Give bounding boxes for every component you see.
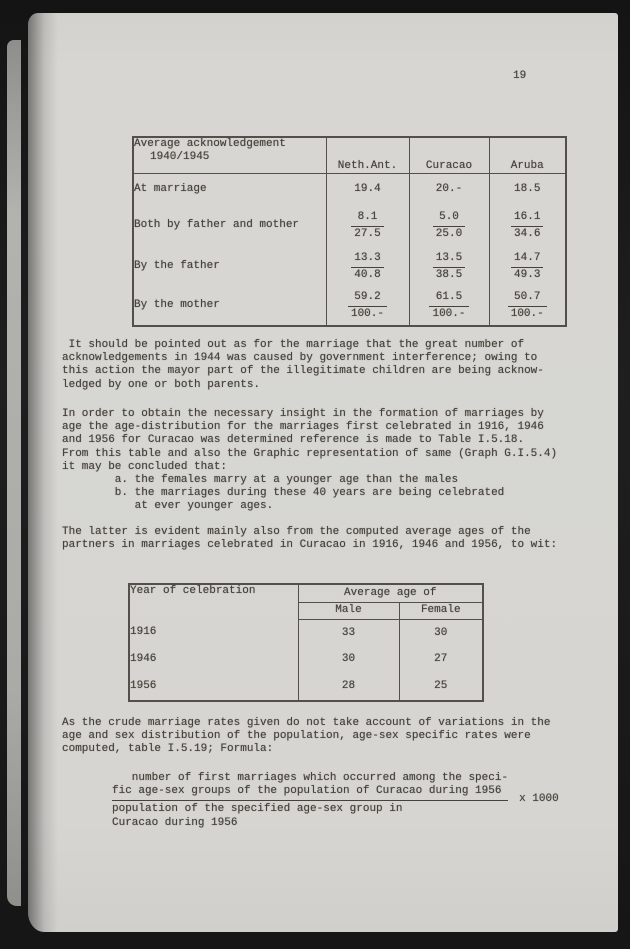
row-label: By the mother	[133, 288, 326, 326]
table-row: Both by father and mother 8.127.5 5.025.…	[133, 206, 566, 247]
table-header-row: Average acknowledgement 1940/1945 Neth.A…	[133, 137, 566, 174]
fraction: 16.134.6	[511, 211, 543, 240]
fraction-denominator: 25.0	[433, 227, 465, 241]
year-cell: 1946	[129, 647, 298, 674]
table-cell: 61.5100.-	[409, 288, 489, 326]
fraction-denominator: 49.3	[511, 268, 543, 282]
row-label: By the father	[133, 247, 326, 288]
table-cell: 8.127.5	[326, 206, 409, 247]
average-age-table: Year of celebration Average age of Male …	[128, 583, 484, 702]
fraction-numerator: 5.0	[433, 211, 465, 226]
paragraph-age-distribution: In order to obtain the necessary insight…	[62, 408, 557, 514]
table-row: By the mother 59.2100.- 61.5100.- 50.710…	[133, 288, 566, 326]
table-cell: 20.-	[409, 174, 489, 206]
book-photo: 19 Average acknowledgement 1940/1945 Net…	[0, 0, 630, 949]
fraction-numerator: 61.5	[429, 291, 468, 306]
female-age-cell: 27	[399, 647, 483, 674]
table-cell: 19.4	[326, 174, 409, 206]
fraction-numerator: 16.1	[511, 211, 543, 226]
column-header-aruba: Aruba	[489, 137, 566, 174]
fraction-numerator: 8.1	[351, 211, 383, 226]
column-header-curacao: Curacao	[409, 137, 489, 174]
row-label: At marriage	[133, 174, 326, 206]
table-title-line2: 1940/1945	[134, 151, 326, 164]
fraction-numerator: 50.7	[508, 291, 547, 306]
column-header-year: Year of celebration	[129, 584, 298, 620]
table-cell: 18.5	[489, 174, 566, 206]
table-cell: 13.340.8	[326, 247, 409, 288]
fraction: 13.538.5	[433, 252, 465, 281]
fraction-denominator: 27.5	[351, 227, 383, 241]
table-cell: 59.2100.-	[326, 288, 409, 326]
fraction-numerator: 13.3	[351, 252, 383, 267]
table-row: 1916 33 30	[129, 620, 483, 647]
table-cell: 16.134.6	[489, 206, 566, 247]
table-cell: 5.025.0	[409, 206, 489, 247]
group-header-average-age: Average age of	[298, 584, 483, 603]
formula-fraction: number of first marriages which occurred…	[112, 772, 508, 830]
row-label: Both by father and mother	[133, 206, 326, 247]
fraction-numerator: 14.7	[511, 252, 543, 267]
table-header-row: Year of celebration Average age of	[129, 584, 483, 603]
table-title-line1: Average acknowledgement	[134, 138, 326, 151]
paragraph-acknowledgements: It should be pointed out as for the marr…	[62, 339, 544, 392]
fraction: 8.127.5	[351, 211, 383, 240]
fraction: 14.749.3	[511, 252, 543, 281]
rate-formula: number of first marriages which occurred…	[112, 772, 559, 830]
fraction-denominator: 38.5	[433, 268, 465, 282]
fraction-numerator: 59.2	[348, 291, 387, 306]
table-cell: 13.538.5	[409, 247, 489, 288]
fraction: 50.7100.-	[508, 291, 547, 320]
document-page: 19 Average acknowledgement 1940/1945 Net…	[28, 13, 618, 932]
page-number: 19	[513, 70, 526, 83]
table-row: 1956 28 25	[129, 674, 483, 701]
subheader-female: Female	[399, 603, 483, 620]
paragraph-average-ages: The latter is evident mainly also from t…	[62, 526, 557, 552]
fraction: 61.5100.-	[429, 291, 468, 320]
year-cell: 1916	[129, 620, 298, 647]
formula-multiplier: x 1000	[519, 793, 559, 806]
female-age-cell: 30	[399, 620, 483, 647]
fraction-denominator: 40.8	[351, 268, 383, 282]
year-cell: 1956	[129, 674, 298, 701]
table-title-cell: Average acknowledgement 1940/1945	[133, 137, 326, 174]
female-age-cell: 25	[399, 674, 483, 701]
fraction-denominator: 100.-	[429, 307, 468, 321]
facing-page-edge	[7, 40, 21, 906]
table-row: At marriage 19.4 20.- 18.5	[133, 174, 566, 206]
fraction: 5.025.0	[433, 211, 465, 240]
male-age-cell: 30	[298, 647, 399, 674]
fraction-numerator: 13.5	[433, 252, 465, 267]
table-row: By the father 13.340.8 13.538.5 14.749.3	[133, 247, 566, 288]
table-cell: 14.749.3	[489, 247, 566, 288]
formula-numerator: number of first marriages which occurred…	[112, 772, 508, 801]
acknowledgement-table: Average acknowledgement 1940/1945 Neth.A…	[132, 136, 567, 327]
fraction-denominator: 100.-	[348, 307, 387, 321]
paragraph-crude-rates: As the crude marriage rates given do not…	[62, 717, 550, 757]
fraction-denominator: 100.-	[508, 307, 547, 321]
male-age-cell: 28	[298, 674, 399, 701]
column-header-nethant: Neth.Ant.	[326, 137, 409, 174]
table-cell: 50.7100.-	[489, 288, 566, 326]
fraction: 59.2100.-	[348, 291, 387, 320]
table-row: 1946 30 27	[129, 647, 483, 674]
male-age-cell: 33	[298, 620, 399, 647]
subheader-male: Male	[298, 603, 399, 620]
fraction-denominator: 34.6	[511, 227, 543, 241]
fraction: 13.340.8	[351, 252, 383, 281]
formula-denominator: population of the specified age-sex grou…	[112, 801, 508, 829]
